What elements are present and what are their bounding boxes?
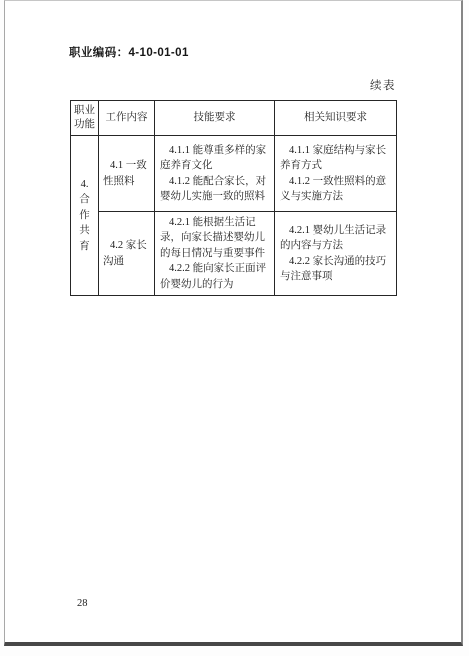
cell-skills-42: 4.2.1 能根据生活记录，向家长描述婴幼儿的每日情况与重要事件 4.2.2 能…: [155, 212, 275, 296]
work-content-41-text: 4.1 一致性照料: [103, 158, 150, 189]
work-content-42-text: 4.2 家长沟通: [103, 238, 150, 269]
continued-table-label: 续表: [70, 79, 396, 94]
knowledge-item-411: 4.1.1 家庭结构与家长养育方式: [280, 143, 391, 174]
knowledge-item-421: 4.2.1 婴幼儿生活记录的内容与方法: [280, 223, 391, 254]
table-row-42: 4.2 家长沟通 4.2.1 能根据生活记录，向家长描述婴幼儿的每日情况与重要事…: [71, 212, 397, 296]
skill-item-421: 4.2.1 能根据生活记录，向家长描述婴幼儿的每日情况与重要事件: [160, 215, 269, 262]
knowledge-item-422: 4.2.2 家长沟通的技巧与注意事项: [280, 254, 391, 285]
table-row-41: 4. 合 作 共 育 4.1 一致性照料 4.1.1 能尊重多样的家庭养育文化 …: [71, 136, 397, 212]
cell-work-content-42: 4.2 家长沟通: [99, 212, 155, 296]
header-occupational-function: 职业 功能: [71, 101, 99, 136]
document-viewport: 职业编码：4-10-01-01 续表 职业 功能 工作内容 技能要求 相关知识要…: [0, 0, 469, 656]
header-knowledge-requirements: 相关知识要求: [275, 101, 397, 136]
cell-work-content-41: 4.1 一致性照料: [99, 136, 155, 212]
skill-item-411: 4.1.1 能尊重多样的家庭养育文化: [160, 143, 269, 174]
header-work-content: 工作内容: [99, 101, 155, 136]
cell-knowledge-41: 4.1.1 家庭结构与家长养育方式 4.1.2 一致性照料的意义与实施方法: [275, 136, 397, 212]
skill-item-422: 4.2.2 能向家长正面评价婴幼儿的行为: [160, 261, 269, 292]
skill-item-412: 4.1.2 能配合家长，对婴幼儿实施一致的照料: [160, 174, 269, 205]
table-area: 续表 职业 功能 工作内容 技能要求 相关知识要求 4. 合 作 共 育: [70, 79, 396, 296]
knowledge-item-412: 4.1.2 一致性照料的意义与实施方法: [280, 174, 391, 205]
occupation-code-heading: 职业编码：4-10-01-01: [69, 44, 189, 60]
cell-knowledge-42: 4.2.1 婴幼儿生活记录的内容与方法 4.2.2 家长沟通的技巧与注意事项: [275, 212, 397, 296]
cell-skills-41: 4.1.1 能尊重多样的家庭养育文化 4.1.2 能配合家长，对婴幼儿实施一致的…: [155, 136, 275, 212]
table-header-row: 职业 功能 工作内容 技能要求 相关知识要求: [71, 101, 397, 136]
occupational-standard-table: 职业 功能 工作内容 技能要求 相关知识要求 4. 合 作 共 育 4.1 一致…: [70, 100, 397, 296]
page-number: 28: [77, 597, 88, 611]
cell-occupational-function: 4. 合 作 共 育: [71, 136, 99, 296]
document-page: 职业编码：4-10-01-01 续表 职业 功能 工作内容 技能要求 相关知识要…: [4, 0, 463, 646]
header-skill-requirements: 技能要求: [155, 101, 275, 136]
